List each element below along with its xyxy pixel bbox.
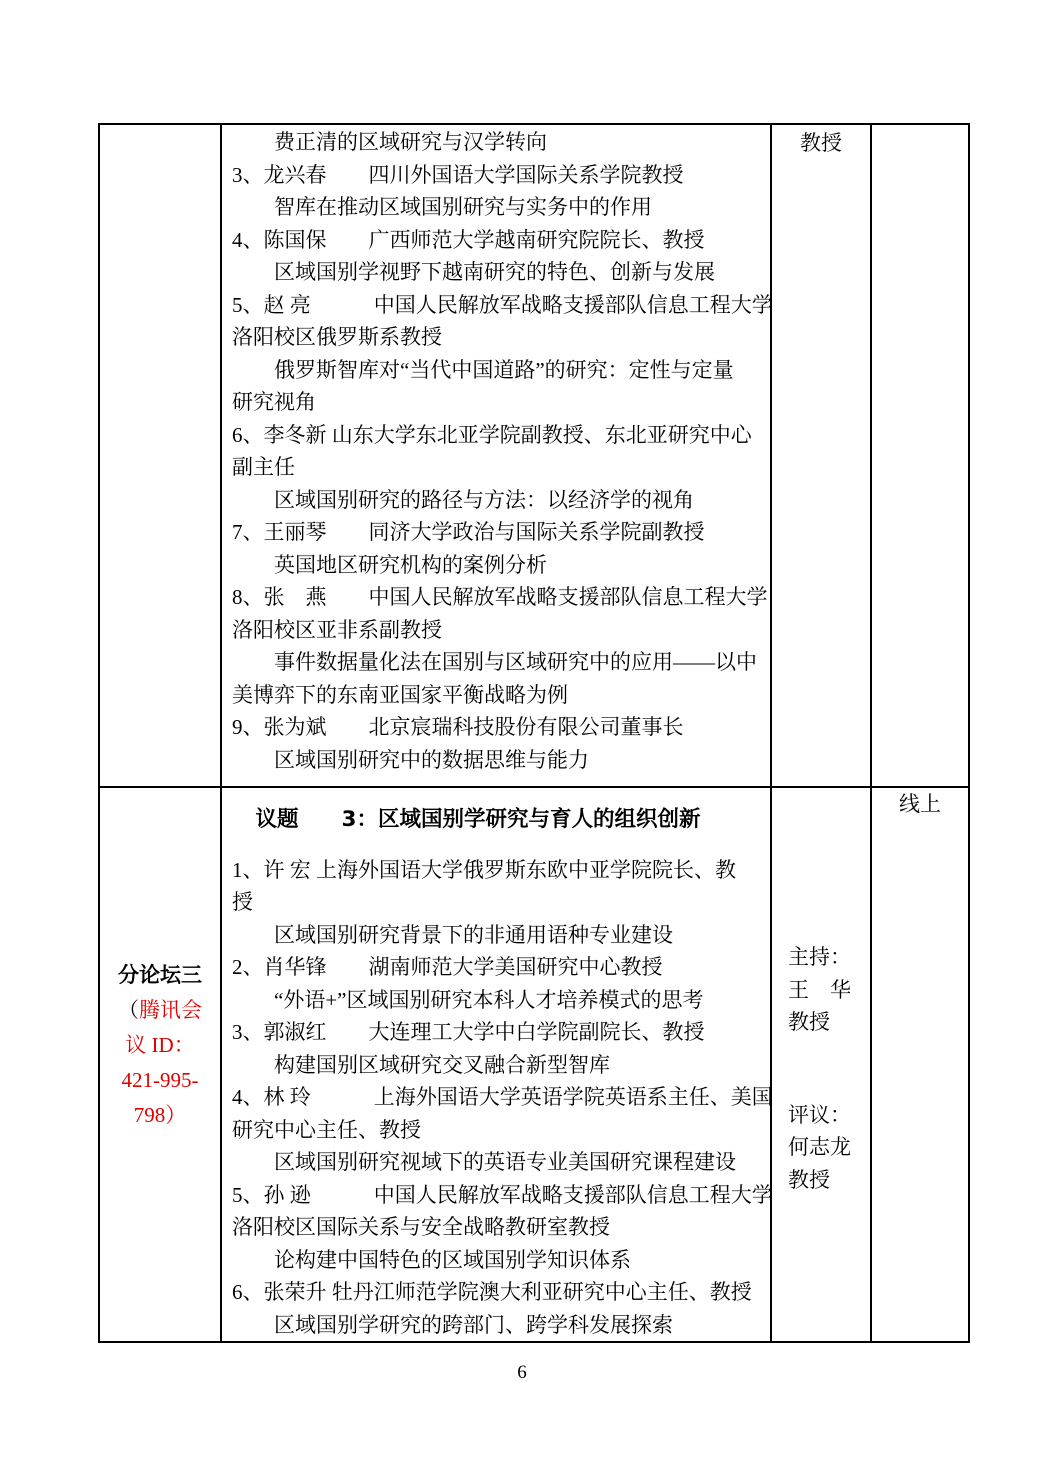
text-line: 主持： [788,941,866,974]
text-line: 事件数据量化法在国别与区域研究中的应用——以中 [232,646,764,679]
text-line: 4、林 玲 上海外国语大学英语学院英语系主任、美国 [232,1081,764,1114]
forum-name-cell-empty [99,124,221,787]
text-line: 研究视角 [232,386,764,419]
meeting-id-lines: 议 ID：421-995-798） [100,1028,220,1133]
text-line: 3、龙兴春 四川外国语大学国际关系学院教授 [232,159,764,192]
text-line: 区域国别研究的路径与方法：以经济学的视角 [232,484,764,517]
text-line: 4、陈国保 广西师范大学越南研究院院长、教授 [232,224,764,257]
forum-title: 分论坛三 [100,958,220,993]
text-line: 教授 [788,1164,866,1197]
host-block: 主持：王 华教授 评议：何志龙教授 [772,788,870,1196]
text-line: 王 华 [788,974,866,1007]
session-row-continued: 费正清的区域研究与汉学转向3、龙兴春 四川外国语大学国际关系学院教授智库在推动区… [99,124,969,787]
text-line: 构建国别区域研究交叉融合新型智库 [232,1049,764,1082]
text-line: 洛阳校区亚非系副教授 [232,614,764,647]
meeting-id-note: （腾讯会 议 ID：421-995-798） [100,993,220,1133]
text-line: 6、李冬新 山东大学东北亚学院副教授、东北亚研究中心 [232,419,764,452]
text-line: 区域国别学研究的跨部门、跨学科发展探索 [232,1309,764,1342]
text-line: 何志龙 [788,1131,866,1164]
professor-label: 教授 [772,125,870,160]
text-line: 2、肖华锋 湖南师范大学美国研究中心教授 [232,951,764,984]
mode-cell: 线上 [871,787,969,1342]
text-line: 评议： [788,1099,866,1132]
agenda-cell: 费正清的区域研究与汉学转向3、龙兴春 四川外国语大学国际关系学院教授智库在推动区… [221,124,771,787]
program-table: 费正清的区域研究与汉学转向3、龙兴春 四川外国语大学国际关系学院教授智库在推动区… [98,123,970,1343]
text-line: 洛阳校区俄罗斯系教授 [232,321,764,354]
text-line: 美博弈下的东南亚国家平衡战略为例 [232,679,764,712]
text-line: 副主任 [232,451,764,484]
text-line: 7、王丽琴 同济大学政治与国际关系学院副教授 [232,516,764,549]
text-line: 798） [100,1098,220,1133]
reviewer-lines: 评议：何志龙教授 [788,1099,866,1197]
text-line: 6、张荣升 牡丹江师范学院澳大利亚研究中心主任、教授 [232,1276,764,1309]
text-line: 费正清的区域研究与汉学转向 [232,126,764,159]
text-line: 议题 3：区域国别学研究与育人的组织创新 [232,804,764,837]
text-line: 俄罗斯智库对“当代中国道路”的研究：定性与定量 [232,354,764,387]
text-line: （腾讯会 [100,993,220,1028]
agenda-cell: 议题 3：区域国别学研究与育人的组织创新1、许 宏 上海外国语大学俄罗斯东欧中亚… [221,787,771,1342]
text-line: 421-995- [100,1063,220,1098]
text-line: 智库在推动区域国别研究与实务中的作用 [232,191,764,224]
document-page: 费正清的区域研究与汉学转向3、龙兴春 四川外国语大学国际关系学院教授智库在推动区… [0,0,1044,1474]
agenda-lines: 议题 3：区域国别学研究与育人的组织创新1、许 宏 上海外国语大学俄罗斯东欧中亚… [222,788,770,1341]
text-line: 授 [232,886,764,919]
text-line: 区域国别学视野下越南研究的特色、创新与发展 [232,256,764,289]
agenda-lines: 费正清的区域研究与汉学转向3、龙兴春 四川外国语大学国际关系学院教授智库在推动区… [222,125,770,786]
forum-name-cell: 分论坛三 （腾讯会 议 ID：421-995-798） [99,787,221,1342]
note-red-part: 腾讯会 [139,998,202,1022]
mode-label: 线上 [899,792,941,816]
note-prefix: （ [118,998,139,1022]
text-line: 英国地区研究机构的案例分析 [232,549,764,582]
text-line: 教授 [788,1006,866,1039]
host-cell: 主持：王 华教授 评议：何志龙教授 [771,787,871,1342]
host-lines: 主持：王 华教授 [788,941,866,1039]
text-line [232,837,764,854]
text-line: “外语+”区域国别研究本科人才培养模式的思考 [232,984,764,1017]
text-line: 5、孙 逊 中国人民解放军战略支援部队信息工程大学 [232,1179,764,1212]
text-line: 8、张 燕 中国人民解放军战略支援部队信息工程大学 [232,581,764,614]
session-row-forum3: 分论坛三 （腾讯会 议 ID：421-995-798） 议题 3：区域国别学研究… [99,787,969,1342]
text-line: 区域国别研究背景下的非通用语种专业建设 [232,919,764,952]
text-line: 区域国别研究视域下的英语专业美国研究课程建设 [232,1146,764,1179]
text-line: 5、赵 亮 中国人民解放军战略支援部队信息工程大学 [232,289,764,322]
text-line: 区域国别研究中的数据思维与能力 [232,744,764,777]
text-line: 9、张为斌 北京宸瑞科技股份有限公司董事长 [232,711,764,744]
host-spacer [788,1039,866,1099]
mode-cell-empty [871,124,969,787]
host-cell: 教授 [771,124,871,787]
text-line: 洛阳校区国际关系与安全战略教研室教授 [232,1211,764,1244]
text-line: 议 ID： [100,1028,220,1063]
text-line: 1、许 宏 上海外国语大学俄罗斯东欧中亚学院院长、教 [232,854,764,887]
text-line: 3、郭淑红 大连理工大学中白学院副院长、教授 [232,1016,764,1049]
text-line: 研究中心主任、教授 [232,1114,764,1147]
text-line: 论构建中国特色的区域国别学知识体系 [232,1244,764,1277]
forum-block: 分论坛三 （腾讯会 议 ID：421-995-798） [100,788,220,1133]
page-number: 6 [0,1362,1044,1384]
